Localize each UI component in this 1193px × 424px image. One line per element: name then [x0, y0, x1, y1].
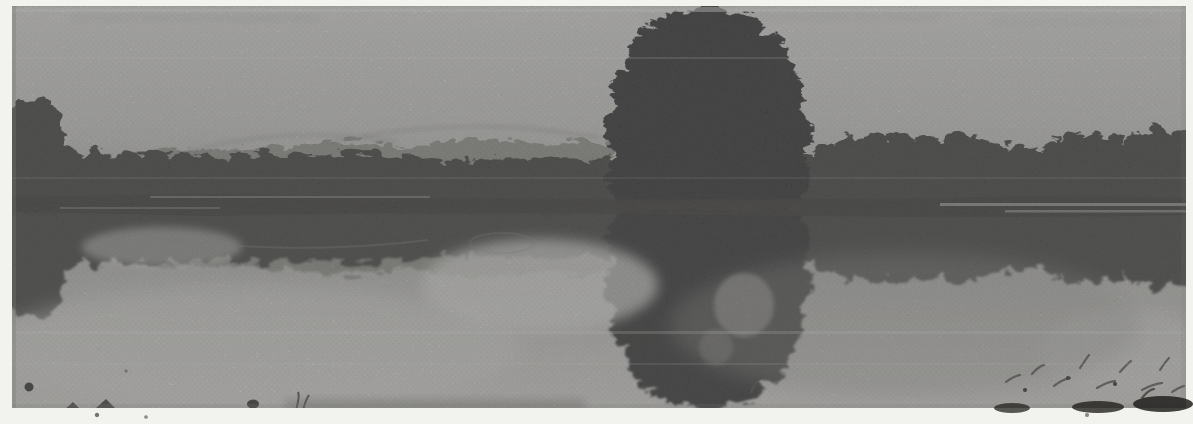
margin-speck	[1085, 413, 1089, 417]
grass-silhouette	[994, 403, 1030, 413]
photo-svg: Grainy black-and-white halftone photogra…	[0, 0, 1193, 424]
page-background: Grainy black-and-white halftone photogra…	[0, 0, 1193, 424]
halftone-photo-figure: Grainy black-and-white halftone photogra…	[0, 0, 1193, 424]
margin-speck	[144, 415, 148, 419]
margin-speck	[95, 413, 99, 417]
grass-silhouette	[1072, 401, 1124, 413]
film-grain-highlight-overlay	[12, 6, 1186, 408]
